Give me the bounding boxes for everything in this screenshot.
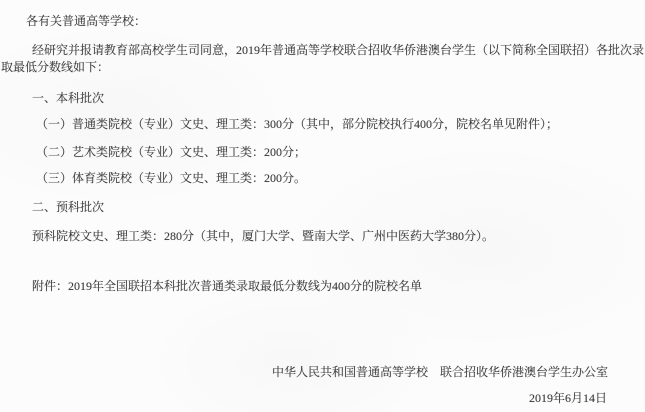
intro-line-2: 取最低分数线如下： <box>1 61 109 74</box>
section-1-item-3: （三）体育类院校（专业）文史、理工类：200分。 <box>36 172 306 185</box>
intro-line-1: 经研究并报请教育部高校学生司同意，2019年普通高等学校联合招收华侨港澳台学生（… <box>32 44 644 57</box>
section-1-item-2: （二）艺术类院校（专业）文史、理工类：200分； <box>36 146 306 159</box>
section-2-heading: 二、预科批次 <box>32 201 104 214</box>
section-2-body: 预科院校文史、理工类：280分（其中，厦门大学、暨南大学、广州中医药大学380分… <box>32 230 494 243</box>
salutation-line: 各有关普通高等学校： <box>26 15 146 28</box>
section-1-heading: 一、本科批次 <box>32 92 104 105</box>
section-1-item-1: （一）普通类院校（专业）文史、理工类：300分（其中，部分院校执行400分，院校… <box>36 118 558 131</box>
date-line: 2019年6月14日 <box>529 392 607 405</box>
notice-document: 各有关普通高等学校： 经研究并报请教育部高校学生司同意，2019年普通高等学校联… <box>0 0 645 412</box>
attachment-note: 附件：2019年全国联招本科批次普通类录取最低分数线为400分的院校名单 <box>32 280 422 293</box>
signature-line: 中华人民共和国普通高等学校 联合招收华侨港澳台学生办公室 <box>272 366 608 379</box>
